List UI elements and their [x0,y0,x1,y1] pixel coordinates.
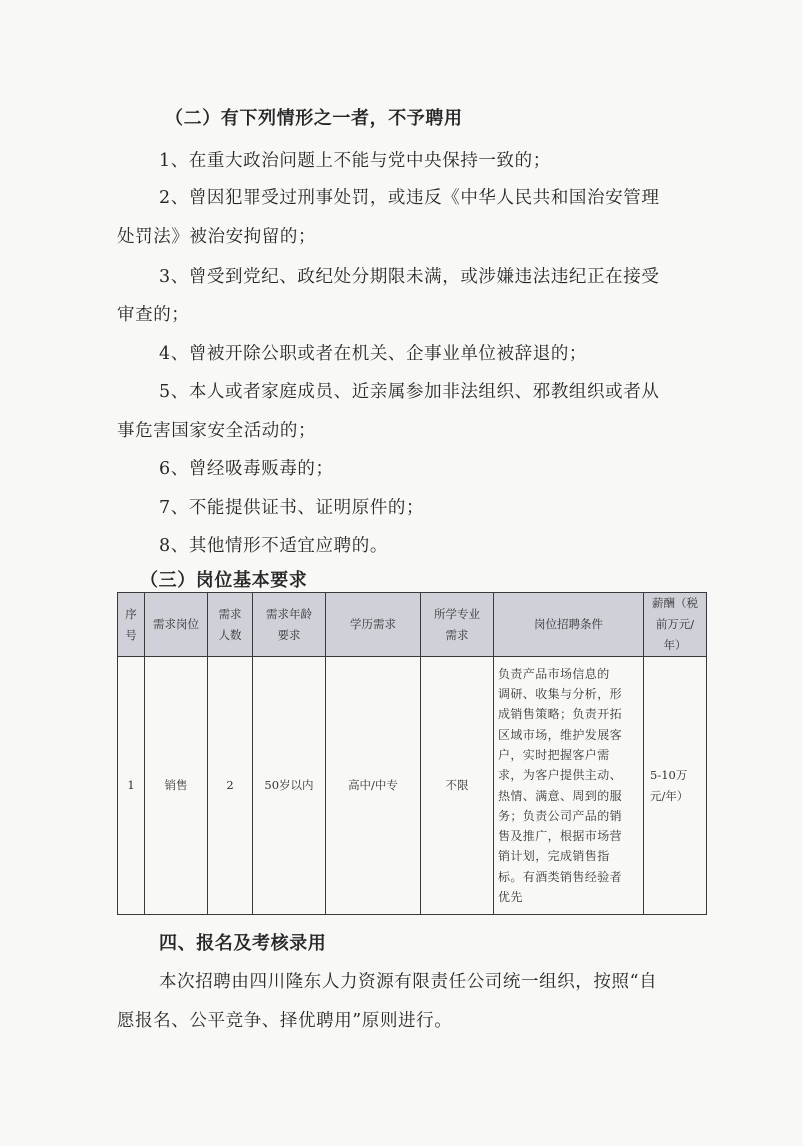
cell-index: 1 [118,657,145,915]
paragraph-line: 4、曾被开除公职或者在机关、企事业单位被辞退的； [159,340,587,365]
paragraph-line: 本次招聘由四川隆东人力资源有限责任公司统一组织，按照“自 [159,968,657,993]
paragraph-line: 处罚法》被治安拘留的； [117,223,316,248]
cell-major: 不限 [421,657,494,915]
cell-conditions: 负责产品市场信息的 调研、收集与分析，形 成销售策略；负责开拓 区域市场，维护发… [494,657,644,915]
cell-education: 高中/中专 [326,657,421,915]
paragraph-line: 审查的； [117,301,189,326]
header-salary: 薪酬（税前万元/年） [644,593,707,657]
cell-position: 销售 [145,657,208,915]
paragraph-line: 1、在重大政治问题上不能与党中央保持一致的； [159,147,551,172]
cell-salary: 5-10万 元/年） [644,657,707,915]
header-age: 需求年龄要求 [253,593,326,657]
section-3-heading: （三）岗位基本要求 [140,566,307,592]
paragraph-line: 事危害国家安全活动的； [117,417,316,442]
paragraph-line: 6、曾经吸毒贩毒的； [159,455,334,480]
cell-count: 2 [208,657,253,915]
header-conditions: 岗位招聘条件 [494,593,644,657]
cell-age: 50岁以内 [253,657,326,915]
header-count: 需求人数 [208,593,253,657]
paragraph-line: 8、其他情形不适宜应聘的。 [159,532,388,557]
paragraph-line: 5、本人或者家庭成员、近亲属参加非法组织、邪教组织或者从 [159,378,659,403]
paragraph-line: 2、曾因犯罪受过刑事处罚，或违反《中华人民共和国治安管理 [159,184,659,209]
section-4-heading: 四、报名及考核录用 [159,929,326,955]
header-index: 序号 [118,593,145,657]
position-requirements-table: 序号 需求岗位 需求人数 需求年龄要求 学历需求 所学专业需求 岗位招聘条件 薪… [117,592,707,915]
table-header-row: 序号 需求岗位 需求人数 需求年龄要求 学历需求 所学专业需求 岗位招聘条件 薪… [118,593,707,657]
paragraph-line: 愿报名、公平竞争、择优聘用”原则进行。 [117,1007,452,1032]
header-education: 学历需求 [326,593,421,657]
header-major: 所学专业需求 [421,593,494,657]
table-row: 1 销售 2 50岁以内 高中/中专 不限 负责产品市场信息的 调研、收集与分析… [118,657,707,915]
section-2-heading: （二）有下列情形之一者，不予聘用 [165,104,463,130]
header-position: 需求岗位 [145,593,208,657]
paragraph-line: 7、不能提供证书、证明原件的； [159,494,424,519]
paragraph-line: 3、曾受到党纪、政纪处分期限未满，或涉嫌违法违纪正在接受 [159,263,659,288]
